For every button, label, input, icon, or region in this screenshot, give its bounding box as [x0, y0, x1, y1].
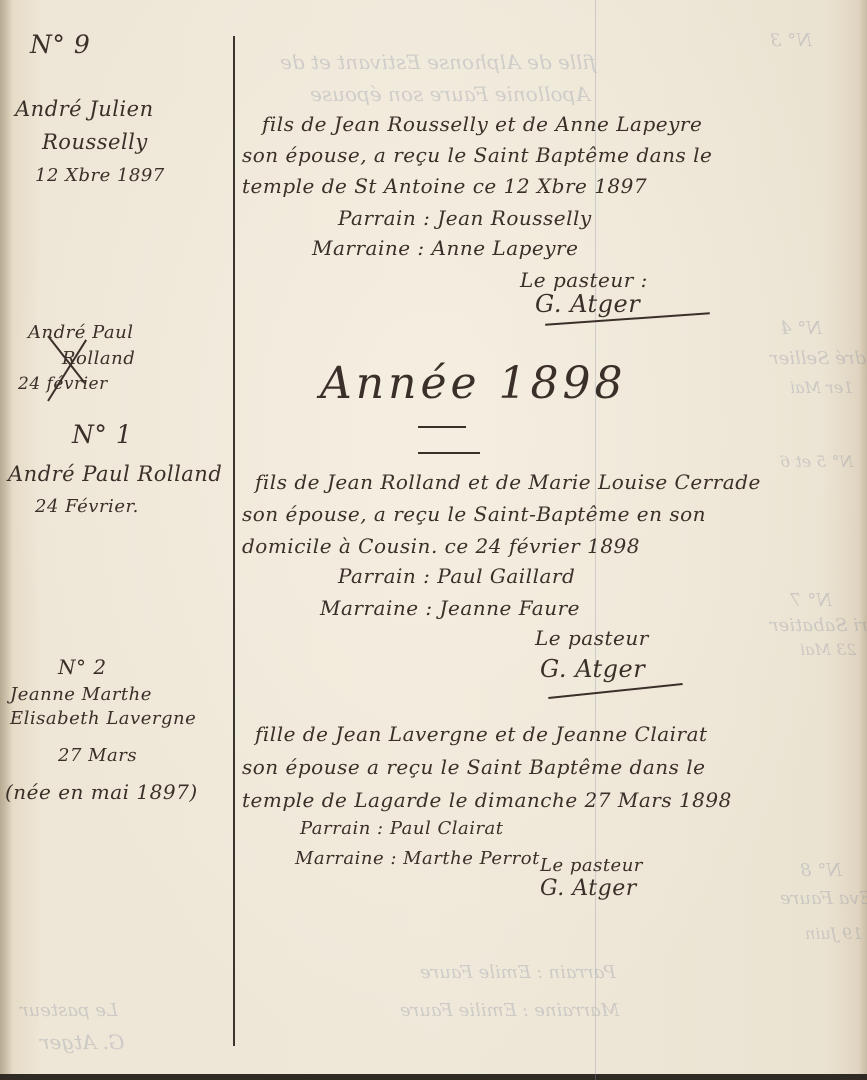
godmother: Marraine : Marthe Perrot — [295, 848, 540, 869]
bleed-through-text: Eva Faure — [780, 888, 867, 909]
child-name: Jeanne Marthe — [10, 684, 152, 705]
bleed-through-text: N° 4 — [780, 318, 822, 339]
pastor-label: Le pasteur — [535, 626, 649, 650]
bleed-through-text: G. Atger — [40, 1030, 124, 1054]
signature-flourish — [548, 683, 682, 699]
entry-number: N° 1 — [72, 420, 132, 449]
godmother: Marraine : Anne Lapeyre — [312, 236, 578, 260]
bleed-through-text: 1er Mai — [790, 378, 853, 397]
year-heading: Année 1898 — [320, 358, 627, 409]
baptism-date: 12 Xbre 1897 — [35, 165, 165, 186]
bleed-through-text: Henri Sabatier — [770, 615, 867, 636]
godfather: Parrain : Paul Clairat — [300, 818, 504, 839]
godmother: Marraine : Jeanne Faure — [320, 596, 580, 620]
entry-number: N° 2 — [58, 655, 107, 679]
record-line: domicile à Cousin. ce 24 février 1898 — [242, 534, 640, 558]
binding-shadow — [0, 0, 12, 1080]
bleed-through-text: 19 Juin — [805, 924, 863, 943]
birth-note: (née en mai 1897) — [5, 780, 198, 804]
bleed-through-text: Parrain : Emile Faure — [420, 962, 616, 983]
page-edge — [859, 0, 867, 1080]
heading-underline — [418, 452, 480, 454]
cancelled-name: André Paul — [28, 322, 133, 343]
godfather: Parrain : Jean Rousselly — [338, 206, 592, 230]
bleed-through-text: N° 5 et 6 — [780, 452, 854, 471]
pastor-label: Le pasteur — [540, 855, 643, 876]
record-line: son épouse, a reçu le Saint Baptême dans… — [242, 143, 712, 167]
record-line: fils de Jean Rousselly et de Anne Lapeyr… — [262, 112, 702, 136]
record-line: son épouse, a reçu le Saint-Baptême en s… — [242, 502, 706, 526]
bleed-through-text: Le pasteur — [20, 1000, 118, 1021]
pastor-label: Le pasteur : — [520, 268, 648, 292]
bleed-through-text: N° 3 — [770, 30, 812, 51]
bleed-through-text: 23 Mai — [800, 640, 856, 659]
register-page: fille de Alphonse Estivant et de Apollon… — [0, 0, 867, 1080]
bleed-through-text: André Sellier — [770, 348, 867, 369]
baptism-date: 27 Mars — [58, 745, 137, 766]
record-line: temple de Lagarde le dimanche 27 Mars 18… — [242, 788, 732, 812]
pastor-signature: G. Atger — [540, 876, 637, 901]
bleed-through-text: N° 8 — [800, 860, 842, 881]
baptism-date: 24 Février. — [35, 496, 139, 517]
bleed-through-text: fille de Alphonse Estivant et de — [280, 50, 596, 74]
child-surname: Elisabeth Lavergne — [10, 708, 196, 729]
heading-underline — [418, 426, 466, 428]
record-line: son épouse a reçu le Saint Baptême dans … — [242, 755, 705, 779]
page-bottom-edge — [0, 1074, 867, 1080]
record-line: temple de St Antoine ce 12 Xbre 1897 — [242, 174, 647, 198]
bleed-through-text: Marraine : Emilie Faure — [400, 1000, 619, 1021]
record-line: fils de Jean Rolland et de Marie Louise … — [255, 470, 761, 494]
godfather: Parrain : Paul Gaillard — [338, 564, 575, 588]
pastor-signature: G. Atger — [540, 655, 645, 683]
child-name: André Paul Rolland — [8, 462, 222, 486]
child-name: André Julien — [15, 97, 154, 121]
bleed-through-text: Apollonie Faure son épouse — [310, 82, 590, 106]
pastor-signature: G. Atger — [535, 290, 640, 318]
margin-rule — [233, 36, 235, 1046]
record-line: fille de Jean Lavergne et de Jeanne Clai… — [255, 722, 708, 746]
child-surname: Rousselly — [42, 130, 148, 154]
entry-number: N° 9 — [30, 30, 90, 59]
bleed-through-text: N° 7 — [790, 590, 832, 611]
